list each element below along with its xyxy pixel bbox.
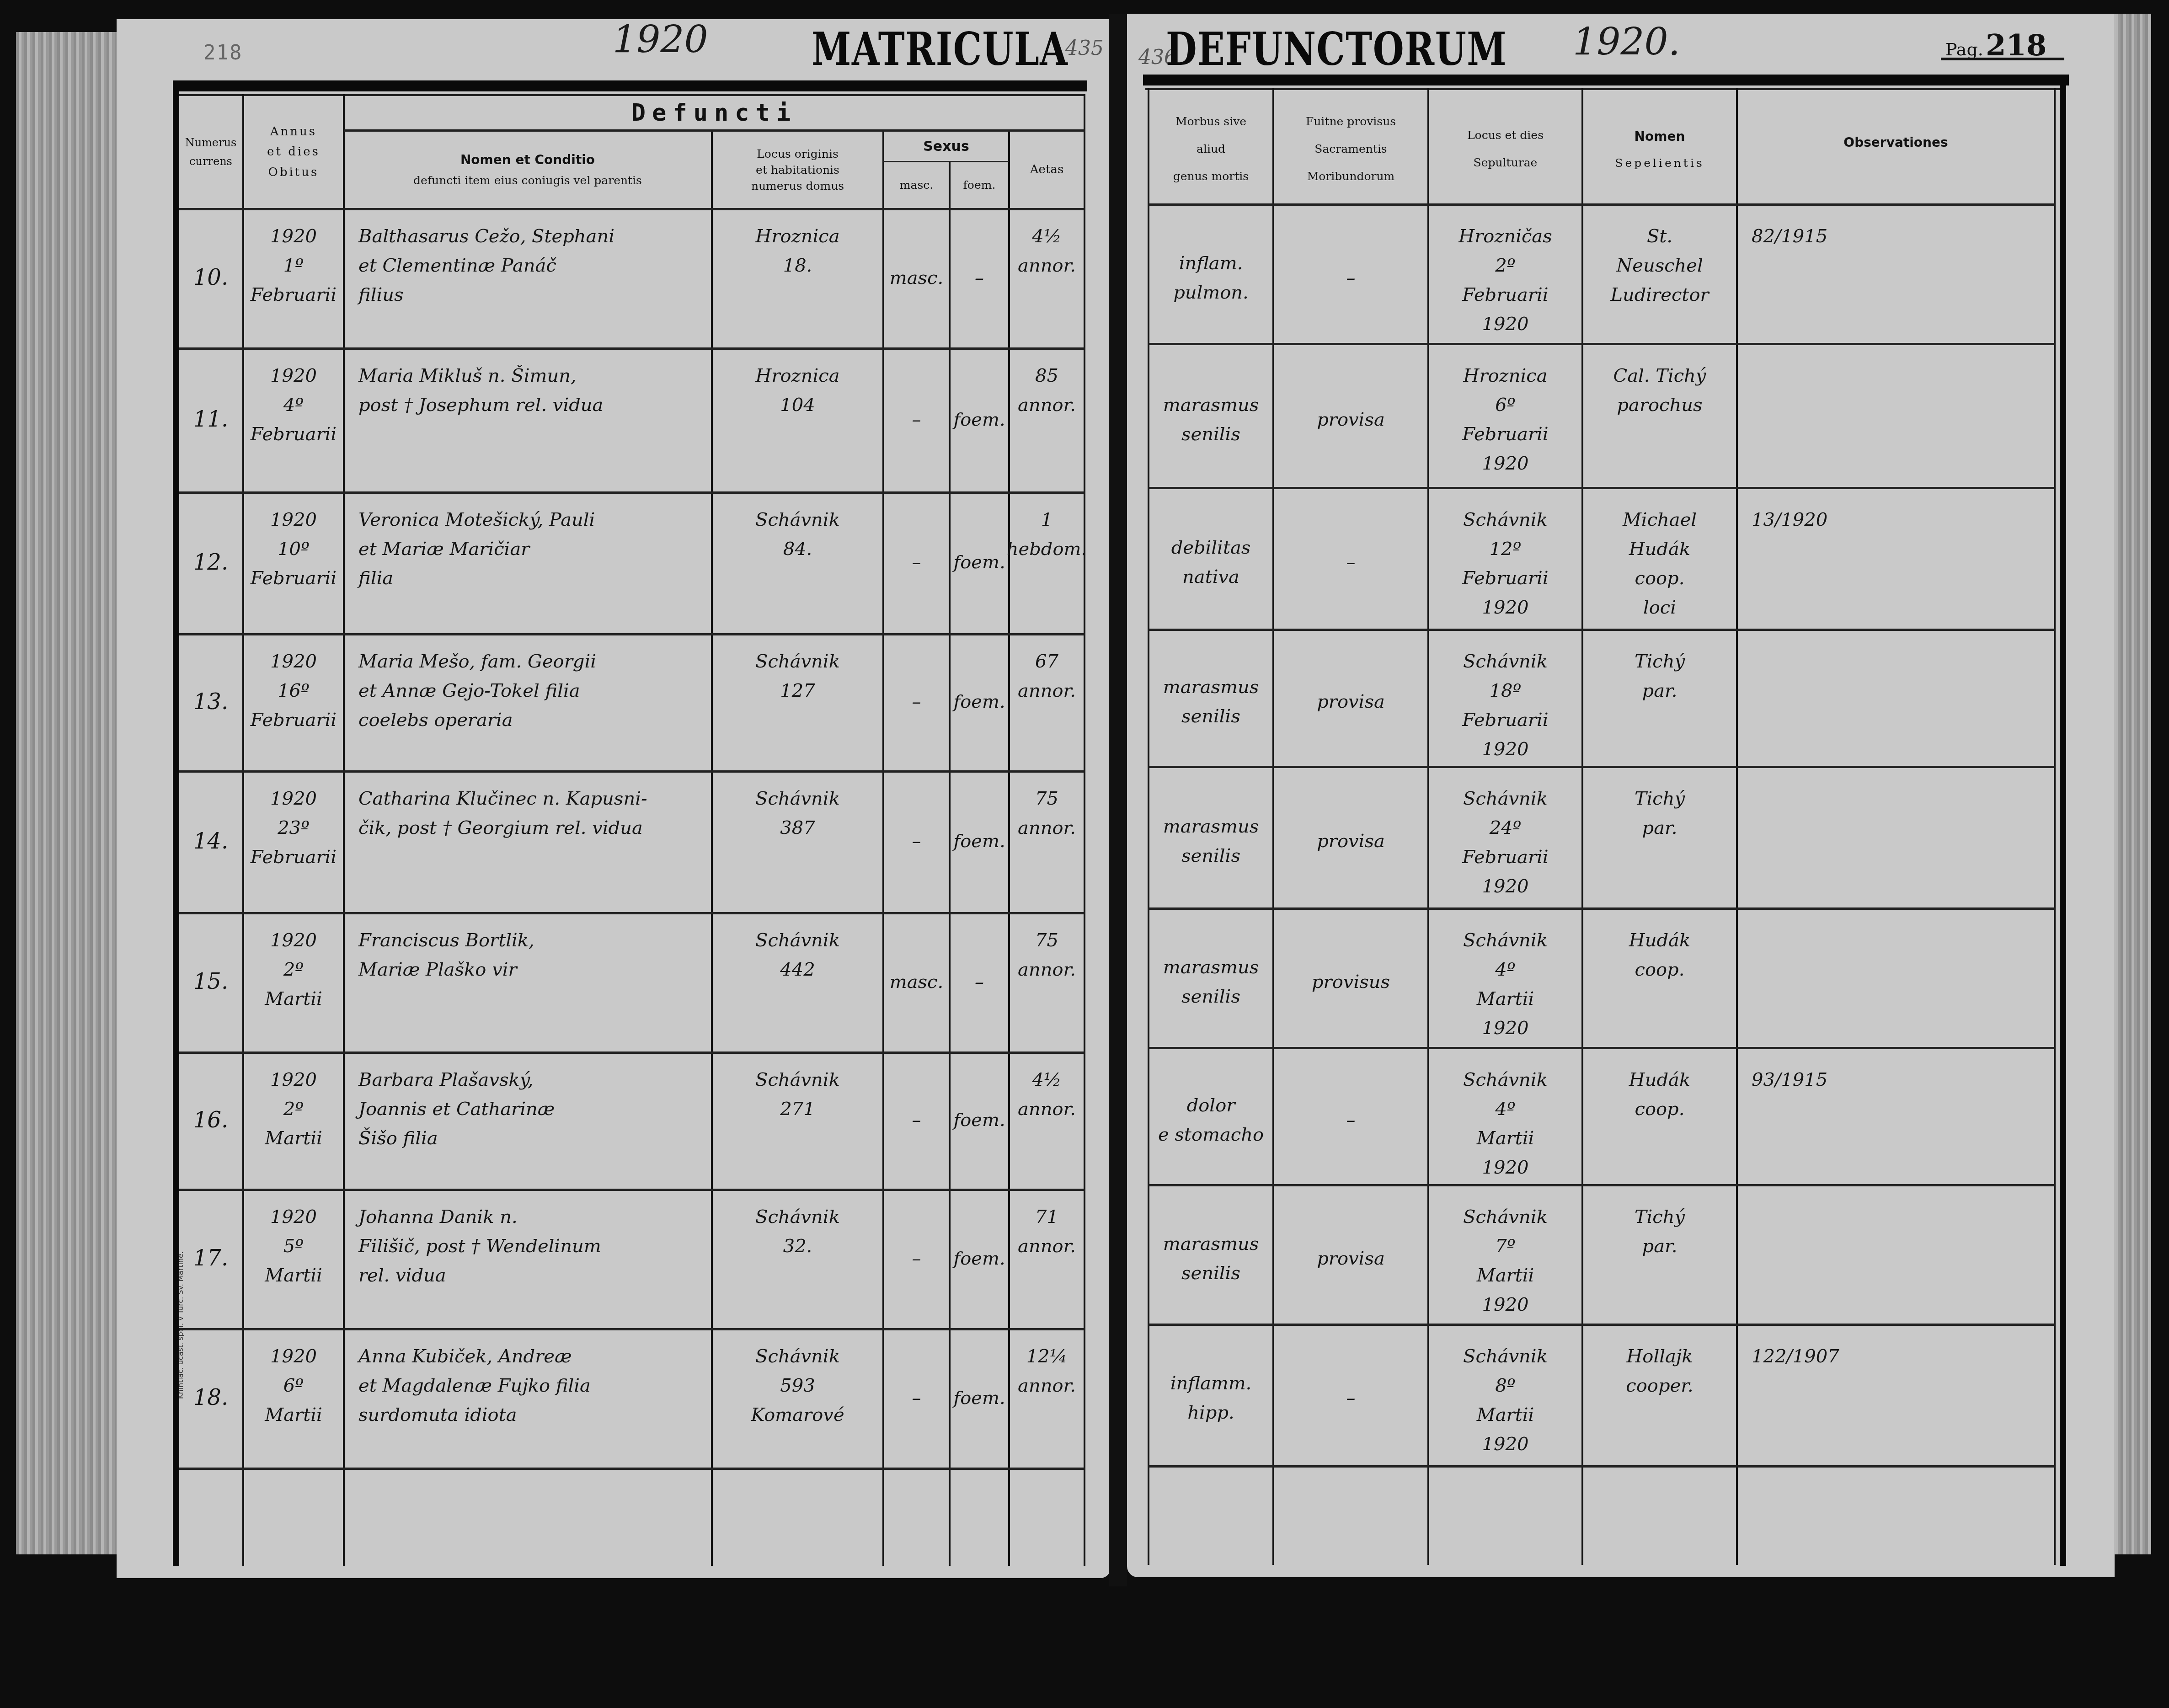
- record-locus: Schávnik127: [713, 633, 882, 770]
- record-sepeliens-line: Ludirector: [1610, 280, 1709, 310]
- record-aetas: 75annor.: [1010, 770, 1084, 912]
- header-morbus-line: aliud: [1197, 135, 1225, 163]
- record-sepultura-line: 1920: [1482, 593, 1529, 622]
- header-locus-line: numerus domus: [751, 178, 844, 194]
- record-nomen-line: Franciscus Bortlik,: [358, 926, 534, 955]
- record-obitus-line: 1920: [270, 1342, 317, 1371]
- record-nomen: Maria Mešo, fam. Georgiiet Annæ Gejo-Tok…: [345, 633, 711, 770]
- book-gutter: [1109, 14, 1127, 1586]
- header-morbus-line: Morbus sive: [1175, 108, 1246, 135]
- record-obitus-line: 5º: [283, 1232, 304, 1261]
- record-aetas: 75annor.: [1010, 912, 1084, 1051]
- row-rule: [1149, 1465, 2055, 1468]
- record-aetas-line: annor.: [1018, 251, 1076, 280]
- record-locus-line: 32.: [783, 1232, 812, 1261]
- record-sepultura-line: Februarii: [1462, 420, 1548, 449]
- record-numerus: 16.: [179, 1051, 242, 1189]
- record-sepultura-line: Schávnik: [1463, 1342, 1548, 1371]
- record-sepultura-line: Februarii: [1462, 843, 1548, 872]
- record-nomen-line: et Clementinæ Panáč: [358, 251, 556, 280]
- record-nomen-line: Anna Kubiček, Andreæ: [358, 1342, 572, 1371]
- header-nomen-title: Nomen et Conditio: [460, 149, 595, 171]
- header-annus: Annus et dies Obitus: [244, 96, 343, 208]
- record-masc: –: [884, 770, 949, 912]
- page-stamp: 218: [203, 41, 242, 64]
- record-provisus: provisus: [1274, 912, 1427, 1051]
- page-number-rule: [1941, 58, 2064, 60]
- record-sepultura-line: Februarii: [1462, 280, 1548, 310]
- record-sepeliens-line: Hudák: [1629, 926, 1690, 955]
- record-obitus-line: Februarii: [251, 280, 337, 310]
- record-nomen: Veronica Motešický, Pauliet Mariæ Mariči…: [345, 491, 711, 633]
- record-sepultura-line: 6º: [1495, 390, 1515, 420]
- record-locus-line: Schávnik: [755, 505, 840, 534]
- record-masc: –: [884, 633, 949, 770]
- record-sepultura-line: Februarii: [1462, 564, 1548, 593]
- record-locus: Schávnik32.: [713, 1189, 882, 1328]
- record-nomen-line: coelebs operaria: [358, 705, 513, 735]
- record-foem: foem.: [951, 1189, 1008, 1328]
- header-provisus-line: Fuitne provisus: [1306, 108, 1396, 135]
- record-sepeliens-line: par.: [1642, 1232, 1678, 1261]
- record-aetas-line: 12¼: [1026, 1342, 1068, 1371]
- folio-left: 435: [1065, 37, 1104, 60]
- record-morbus-line: marasmus: [1163, 673, 1259, 702]
- header-annus-line: Obitus: [268, 162, 319, 182]
- record-aetas: 1hebdom.: [1010, 491, 1084, 633]
- left-page-stack: [16, 32, 119, 1554]
- record-obitus: 192010ºFebruarii: [244, 491, 343, 633]
- record-masc: masc.: [884, 208, 949, 347]
- record-obitus-line: 1920: [270, 926, 317, 955]
- record-obitus-line: Februarii: [251, 705, 337, 735]
- record-sepultura: Schávnik12ºFebruarii1920: [1429, 491, 1581, 633]
- record-obitus: 19205ºMartii: [244, 1189, 343, 1328]
- col-rule: [1084, 94, 1085, 1566]
- record-sepultura-line: Martii: [1477, 1124, 1534, 1153]
- record-morbus-line: hipp.: [1187, 1398, 1234, 1427]
- record-locus: Schávnik387: [713, 770, 882, 912]
- record-provisus: –: [1274, 1328, 1427, 1468]
- record-nomen-line: Johanna Danik n.: [358, 1202, 518, 1232]
- year-left: 1920: [613, 18, 708, 62]
- record-locus-line: Schávnik: [755, 1065, 840, 1094]
- record-obitus-line: 23º: [278, 813, 310, 843]
- record-morbus: marasmussenilis: [1149, 633, 1272, 770]
- record-morbus-line: marasmus: [1163, 953, 1259, 982]
- record-locus: Schávnik84.: [713, 491, 882, 633]
- record-sepeliens-line: Hudák: [1629, 534, 1690, 564]
- record-locus-line: Hroznica: [756, 361, 840, 390]
- sexus-rule: [883, 161, 1009, 162]
- record-locus-line: 271: [780, 1094, 815, 1124]
- header-annus-line: Annus: [270, 122, 317, 142]
- year-right: 1920.: [1573, 21, 1680, 64]
- record-sepultura-line: 8º: [1495, 1371, 1515, 1400]
- record-sepeliens: Hollajkcooper.: [1583, 1328, 1736, 1468]
- record-aetas-line: 67: [1035, 647, 1058, 676]
- record-sepeliens-line: loci: [1643, 593, 1676, 622]
- record-sepeliens: Hudákcoop.: [1583, 912, 1736, 1051]
- record-morbus-line: e stomacho: [1158, 1120, 1264, 1149]
- record-nomen: Barbara Plašavský,Joannis et CatharinæŠi…: [345, 1051, 711, 1189]
- right-table-top-rule: [1143, 75, 2069, 85]
- record-obitus: 19202ºMartii: [244, 1051, 343, 1189]
- record-locus: Schávnik271: [713, 1051, 882, 1189]
- record-sepultura-line: 1920: [1482, 1430, 1529, 1459]
- record-numerus: 15.: [179, 912, 242, 1051]
- record-provisus: provisa: [1274, 770, 1427, 912]
- record-sepultura-line: 24º: [1490, 813, 1522, 843]
- record-sepeliens-line: coop.: [1635, 955, 1685, 984]
- header-locus-line: Locus originis: [757, 146, 838, 162]
- record-nomen: Catharina Klučinec n. Kapusni-čik, post …: [345, 770, 711, 912]
- record-masc: –: [884, 347, 949, 491]
- record-masc: –: [884, 1051, 949, 1189]
- record-provisus: –: [1274, 491, 1427, 633]
- record-sepeliens-line: St.: [1647, 222, 1672, 251]
- record-foem: foem.: [951, 347, 1008, 491]
- record-numerus: 13.: [179, 633, 242, 770]
- record-nomen-line: Maria Mikluš n. Šimun,: [358, 361, 577, 390]
- record-observationes: [1738, 770, 2054, 912]
- record-locus-line: Schávnik: [755, 784, 840, 813]
- record-sepultura-line: 7º: [1495, 1232, 1515, 1261]
- record-obitus-line: Martii: [265, 984, 322, 1014]
- record-aetas: 12¼annor.: [1010, 1328, 1084, 1468]
- record-morbus: marasmussenilis: [1149, 1189, 1272, 1328]
- record-sepultura-line: Schávnik: [1463, 1065, 1548, 1094]
- record-locus: Hroznica104: [713, 347, 882, 491]
- record-obitus-line: Februarii: [251, 564, 337, 593]
- record-observationes: 13/1920: [1738, 491, 2054, 633]
- header-numerus-line: currens: [189, 152, 232, 171]
- record-foem: foem.: [951, 770, 1008, 912]
- record-morbus-line: senilis: [1181, 982, 1240, 1011]
- record-sepeliens: St.NeuschelLudirector: [1583, 208, 1736, 347]
- record-morbus: inflam.pulmon.: [1149, 208, 1272, 347]
- record-locus-line: Schávnik: [755, 1202, 840, 1232]
- record-nomen-line: rel. vidua: [358, 1261, 446, 1290]
- right-page-stack: [2112, 14, 2151, 1554]
- record-observationes: 93/1915: [1738, 1051, 2054, 1189]
- record-provisus: provisa: [1274, 1189, 1427, 1328]
- record-locus: Schávnik442: [713, 912, 882, 1051]
- header-annus-line: et dies: [267, 142, 320, 162]
- record-locus: Schávnik593Komarové: [713, 1328, 882, 1468]
- header-sepeliens-subtitle: Sepelientis: [1615, 150, 1704, 176]
- record-aetas-line: annor.: [1018, 1094, 1076, 1124]
- record-locus-line: 84.: [783, 534, 812, 564]
- record-nomen-line: surdomuta idiota: [358, 1400, 517, 1430]
- record-nomen: Maria Mikluš n. Šimun,post † Josephum re…: [345, 347, 711, 491]
- record-sepultura: Schávnik8ºMartii1920: [1429, 1328, 1581, 1468]
- record-observationes: [1738, 633, 2054, 770]
- header-sepeliens: Nomen Sepelientis: [1583, 90, 1736, 208]
- record-numerus: 14.: [179, 770, 242, 912]
- record-sepultura-line: Martii: [1477, 984, 1534, 1014]
- record-sepeliens-line: coop.: [1635, 1094, 1685, 1124]
- record-observationes: 122/1907: [1738, 1328, 2054, 1468]
- record-obitus-line: 1920: [270, 1202, 317, 1232]
- record-obitus: 192023ºFebruarii: [244, 770, 343, 912]
- header-morbus: Morbus sive aliud genus mortis: [1149, 90, 1272, 208]
- record-locus-line: Schávnik: [755, 926, 840, 955]
- record-aetas-line: annor.: [1018, 955, 1076, 984]
- row-rule: [1149, 907, 2055, 910]
- record-observationes: 82/1915: [1738, 208, 2054, 347]
- record-locus-line: Schávnik: [755, 647, 840, 676]
- record-nomen-line: Maria Mešo, fam. Georgii: [358, 647, 596, 676]
- record-sepultura-line: Schávnik: [1463, 784, 1548, 813]
- record-masc: –: [884, 1189, 949, 1328]
- record-obitus-line: Februarii: [251, 843, 337, 872]
- record-sepeliens-line: Hollajk: [1626, 1342, 1693, 1371]
- record-aetas-line: hebdom.: [1007, 534, 1087, 564]
- record-sepultura-line: 18º: [1490, 676, 1522, 705]
- record-nomen-line: Barbara Plašavský,: [358, 1065, 534, 1094]
- record-sepultura-line: Martii: [1477, 1400, 1534, 1430]
- record-masc: –: [884, 1328, 949, 1468]
- record-obitus-line: 4º: [283, 390, 304, 420]
- record-aetas-line: annor.: [1018, 813, 1076, 843]
- record-nomen: Johanna Danik n.Filišič, post † Wendelin…: [345, 1189, 711, 1328]
- record-sepeliens-line: Cal. Tichý: [1613, 361, 1706, 390]
- record-aetas-line: 85: [1035, 361, 1058, 390]
- record-obitus: 192016ºFebruarii: [244, 633, 343, 770]
- record-obitus-line: 2º: [283, 1094, 304, 1124]
- record-locus-line: 104: [780, 390, 815, 420]
- record-numerus: 18.: [179, 1328, 242, 1468]
- record-sepeliens-line: Michael: [1623, 505, 1697, 534]
- record-obitus-line: 1920: [270, 647, 317, 676]
- record-morbus-line: inflam.: [1179, 249, 1243, 278]
- record-locus-line: Hroznica: [756, 222, 840, 251]
- record-sepultura-line: 1920: [1482, 1153, 1529, 1182]
- record-aetas: 4½annor.: [1010, 1051, 1084, 1189]
- record-numerus: 11.: [179, 347, 242, 491]
- record-aetas-line: 4½: [1032, 1065, 1061, 1094]
- record-sepeliens: Tichýpar.: [1583, 633, 1736, 770]
- header-numerus-line: Numerus: [185, 133, 237, 152]
- record-morbus: marasmussenilis: [1149, 347, 1272, 491]
- record-sepeliens-line: coop.: [1635, 564, 1685, 593]
- record-sepultura: Hrozničas2ºFebruarii1920: [1429, 208, 1581, 347]
- record-nomen-line: Balthasarus Cežo, Stephani: [358, 222, 614, 251]
- record-aetas-line: 75: [1035, 926, 1058, 955]
- record-sepultura: Hroznica6ºFebruarii1920: [1429, 347, 1581, 491]
- record-sepultura-line: 1920: [1482, 1290, 1529, 1319]
- header-nomen: Nomen et Conditio defuncti item eius con…: [345, 132, 711, 208]
- header-sepultura-line: Locus et dies: [1467, 122, 1544, 149]
- header-morbus-line: genus mortis: [1173, 163, 1249, 190]
- header-provisus-line: Sacramentis: [1314, 135, 1387, 163]
- header-aetas: Aetas: [1010, 132, 1084, 208]
- title-matricula: MATRICULA: [812, 22, 1068, 76]
- record-provisus: provisa: [1274, 633, 1427, 770]
- record-morbus: dolore stomacho: [1149, 1051, 1272, 1189]
- record-sepeliens-line: par.: [1642, 676, 1678, 705]
- record-sepeliens-line: cooper.: [1626, 1371, 1693, 1400]
- record-obitus-line: Martii: [265, 1261, 322, 1290]
- record-sepultura-line: Schávnik: [1463, 926, 1548, 955]
- row-rule: [1149, 487, 2055, 489]
- record-sepultura-line: 1920: [1482, 310, 1529, 339]
- record-sepultura-line: 1920: [1482, 735, 1529, 764]
- record-obitus-line: Martii: [265, 1124, 322, 1153]
- record-sepeliens: Tichýpar.: [1583, 770, 1736, 912]
- col-rule: [2054, 88, 2056, 1565]
- header-provisus-line: Moribundorum: [1307, 163, 1395, 190]
- record-locus-line: 442: [780, 955, 815, 984]
- record-morbus-line: senilis: [1181, 841, 1240, 870]
- row-rule: [1149, 766, 2055, 768]
- record-nomen-line: Filišič, post † Wendelinum: [358, 1232, 601, 1261]
- record-foem: foem.: [951, 491, 1008, 633]
- record-obitus-line: 1920: [270, 222, 317, 251]
- record-obitus-line: 10º: [278, 534, 310, 564]
- record-numerus: 10.: [179, 208, 242, 347]
- record-numerus: 12.: [179, 491, 242, 633]
- record-sepultura-line: 1920: [1482, 872, 1529, 901]
- record-sepeliens-line: par.: [1642, 813, 1678, 843]
- record-provisus: –: [1274, 1051, 1427, 1189]
- record-obitus-line: 1º: [283, 251, 304, 280]
- record-locus-line: 593: [780, 1371, 815, 1400]
- record-obitus: 19204ºFebruarii: [244, 347, 343, 491]
- record-morbus: debilitasnativa: [1149, 491, 1272, 633]
- record-obitus: 19206ºMartii: [244, 1328, 343, 1468]
- record-morbus: inflamm.hipp.: [1149, 1328, 1272, 1468]
- record-sepultura: Schávnik4ºMartii1920: [1429, 1051, 1581, 1189]
- record-morbus-line: senilis: [1181, 702, 1240, 731]
- header-locus: Locus originis et habitationis numerus d…: [713, 132, 882, 208]
- record-sepultura-line: Februarii: [1462, 705, 1548, 735]
- record-sepultura: Schávnik4ºMartii1920: [1429, 912, 1581, 1051]
- record-locus-line: 127: [780, 676, 815, 705]
- record-locus: Hroznica18.: [713, 208, 882, 347]
- record-nomen: Franciscus Bortlik,Mariæ Plaško vir: [345, 912, 711, 1051]
- record-nomen: Balthasarus Cežo, Stephaniet Clementinæ …: [345, 208, 711, 347]
- record-obitus-line: 1920: [270, 1065, 317, 1094]
- record-aetas-line: annor.: [1018, 390, 1076, 420]
- record-obitus-line: Martii: [265, 1400, 322, 1430]
- header-foem: foem.: [951, 163, 1008, 208]
- record-morbus-line: senilis: [1181, 420, 1240, 449]
- record-provisus: –: [1274, 208, 1427, 347]
- record-locus-line: 18.: [783, 251, 812, 280]
- header-sepeliens-title: Nomen: [1635, 123, 1685, 151]
- row-rule: [179, 1468, 1084, 1470]
- record-obitus: 19201ºFebruarii: [244, 208, 343, 347]
- record-masc: –: [884, 491, 949, 633]
- record-locus-line: Schávnik: [755, 1342, 840, 1371]
- header-provisus: Fuitne provisus Sacramentis Moribundorum: [1274, 90, 1427, 208]
- header-nomen-subtitle: defuncti item eius coniugis vel parentis: [413, 171, 642, 191]
- record-morbus: marasmussenilis: [1149, 770, 1272, 912]
- record-foem: –: [951, 912, 1008, 1051]
- record-foem: foem.: [951, 633, 1008, 770]
- record-sepultura-line: 12º: [1490, 534, 1522, 564]
- header-numerus: Numerus currens: [179, 96, 242, 208]
- record-nomen-line: et Magdalenæ Fujko filia: [358, 1371, 591, 1400]
- record-aetas-line: annor.: [1018, 676, 1076, 705]
- record-sepeliens: MichaelHudákcoop.loci: [1583, 491, 1736, 633]
- record-nomen-line: post † Josephum rel. vidua: [358, 390, 603, 420]
- record-masc: masc.: [884, 912, 949, 1051]
- record-nomen-line: Šišo filia: [358, 1124, 438, 1153]
- record-nomen-line: Catharina Klučinec n. Kapusni-: [358, 784, 647, 813]
- record-obitus-line: Februarii: [251, 420, 337, 449]
- record-sepultura-line: 2º: [1495, 251, 1515, 280]
- row-rule: [1149, 1324, 2055, 1326]
- record-sepeliens-line: Neuschel: [1616, 251, 1703, 280]
- header-defuncti: Defuncti: [345, 96, 1084, 130]
- record-morbus-line: senilis: [1181, 1259, 1240, 1288]
- record-obitus-line: 1920: [270, 505, 317, 534]
- record-sepultura: Schávnik18ºFebruarii1920: [1429, 633, 1581, 770]
- header-sepultura-line: Sepulturae: [1474, 149, 1538, 176]
- record-aetas-line: 71: [1035, 1202, 1058, 1232]
- record-provisus: provisa: [1274, 347, 1427, 491]
- record-observationes: [1738, 347, 2054, 491]
- record-morbus-line: marasmus: [1163, 1229, 1259, 1259]
- row-rule: [1149, 1047, 2055, 1049]
- record-locus-line: Komarové: [751, 1400, 844, 1430]
- record-obitus-line: 1920: [270, 784, 317, 813]
- header-sepultura: Locus et dies Sepulturae: [1429, 90, 1581, 208]
- record-observationes: [1738, 912, 2054, 1051]
- record-sepultura: Schávnik7ºMartii1920: [1429, 1189, 1581, 1328]
- row-rule: [1149, 203, 2055, 206]
- record-sepeliens: Tichýpar.: [1583, 1189, 1736, 1328]
- record-obitus-line: 6º: [283, 1371, 304, 1400]
- record-morbus-line: marasmus: [1163, 390, 1259, 420]
- right-table-right-rule: [2060, 75, 2066, 1566]
- record-obitus-line: 16º: [278, 676, 310, 705]
- page-label: Pag.: [1945, 39, 1983, 59]
- record-sepultura: Schávnik24ºFebruarii1920: [1429, 770, 1581, 912]
- record-aetas: 85annor.: [1010, 347, 1084, 491]
- record-morbus-line: debilitas: [1171, 533, 1251, 562]
- header-masc: masc.: [884, 163, 949, 208]
- row-rule: [1149, 629, 2055, 631]
- header-sexus: Sexus: [884, 132, 1008, 161]
- record-aetas-line: annor.: [1018, 1371, 1076, 1400]
- record-sepultura-line: Schávnik: [1463, 647, 1548, 676]
- record-nomen-line: et Annæ Gejo-Tokel filia: [358, 676, 580, 705]
- record-nomen-line: Mariæ Plaško vir: [358, 955, 517, 984]
- row-rule: [1149, 343, 2055, 345]
- title-defunctorum: DEFUNCTORUM: [1166, 22, 1507, 76]
- record-nomen-line: Joannis et Catharinæ: [358, 1094, 555, 1124]
- record-foem: –: [951, 208, 1008, 347]
- record-morbus-line: inflamm.: [1170, 1369, 1252, 1398]
- record-nomen-line: Veronica Motešický, Pauli: [358, 505, 595, 534]
- record-sepeliens: Hudákcoop.: [1583, 1051, 1736, 1189]
- record-sepeliens-line: Hudák: [1629, 1065, 1690, 1094]
- record-sepultura-line: Schávnik: [1463, 505, 1548, 534]
- record-aetas: 67annor.: [1010, 633, 1084, 770]
- left-table-top-rule: [173, 80, 1087, 91]
- record-sepultura-line: 1920: [1482, 449, 1529, 478]
- left-table-left-rule: [173, 80, 179, 1566]
- record-nomen-line: et Mariæ Maričiar: [358, 534, 529, 564]
- record-morbus-line: dolor: [1187, 1091, 1235, 1120]
- record-locus-line: 387: [780, 813, 815, 843]
- record-aetas-line: 4½: [1032, 222, 1061, 251]
- header-observationes: Observationes: [1738, 90, 2054, 195]
